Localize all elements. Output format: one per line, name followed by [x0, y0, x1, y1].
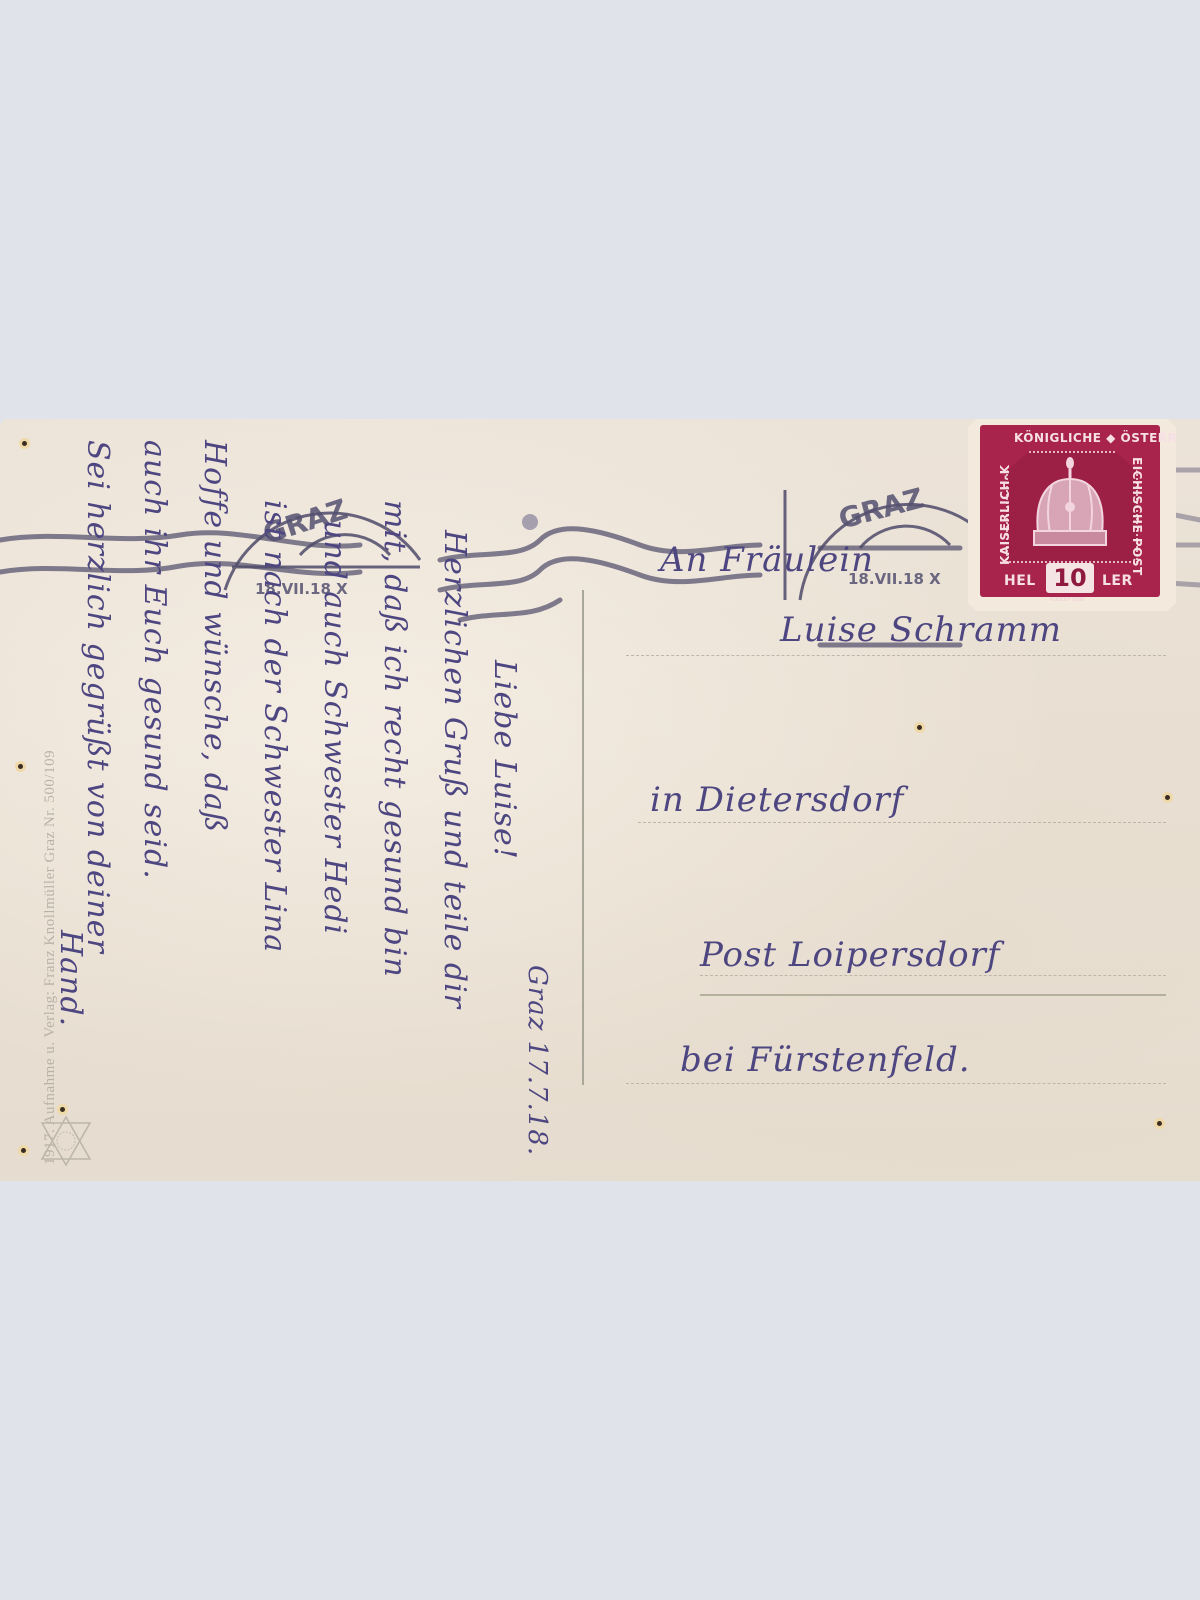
address-guide-line [700, 975, 1166, 976]
address-line: Post Loipersdorf [700, 935, 1000, 975]
stamp-top-text: KÖNIGLICHE ◆ ÖSTERR [1014, 431, 1177, 445]
stamp-denomination-value: 10 [1046, 563, 1094, 593]
message-date: Graz 17.7.18. [522, 965, 552, 1156]
stamp-denomination-right: LER [1102, 573, 1133, 589]
address-guide-line [626, 655, 1166, 656]
crown-icon [1020, 455, 1120, 555]
pin-hole [917, 725, 922, 730]
stamp-left-text: KAISERLICH-K [998, 465, 1012, 565]
stamp-designer: RUDOLF JUNK [1050, 597, 1084, 603]
pin-hole [18, 764, 23, 769]
pin-hole [1165, 795, 1170, 800]
message-line: ist nach der Schwester Lina [257, 500, 292, 953]
card-divider [582, 590, 584, 1085]
address-guide-line [638, 822, 1166, 823]
message-greeting: Liebe Luise! [487, 660, 522, 860]
address-guide-line [626, 1083, 1166, 1084]
address-line: bei Fürstenfeld. [680, 1040, 971, 1080]
message-line: Hand. [53, 930, 88, 1027]
stamp-right-text: EICHISCHE POST [1130, 457, 1144, 576]
message-line: mit, daß ich recht gesund bin [377, 500, 412, 978]
message-line: Herzlichen Gruß und teile dir [437, 530, 472, 1009]
address-line: Luise Schramm [780, 610, 1062, 650]
pin-hole [22, 441, 27, 446]
message-line: Sei herzlich gegrüßt von deiner [80, 440, 115, 954]
address-guide-line [700, 994, 1166, 996]
postage-stamp: KÖNIGLICHE ◆ ÖSTERR KAISERLICH-K EICHISC… [968, 419, 1176, 611]
message-line: auch ihr Euch gesund seid. [137, 440, 172, 880]
pin-hole [1157, 1121, 1162, 1126]
stamp-frame: KÖNIGLICHE ◆ ÖSTERR KAISERLICH-K EICHISC… [980, 425, 1160, 597]
address-line: in Dietersdorf [650, 780, 904, 820]
address-line: An Fräulein [660, 540, 874, 580]
message-line: und auch Schwester Hedi [317, 520, 352, 935]
message-line: Hoffe und wünsche, daß [197, 440, 232, 833]
pin-hole [60, 1107, 65, 1112]
pin-hole [21, 1148, 26, 1153]
star-of-david-logo-icon [38, 1115, 94, 1167]
stamp-denomination-left: HEL [1004, 573, 1036, 589]
